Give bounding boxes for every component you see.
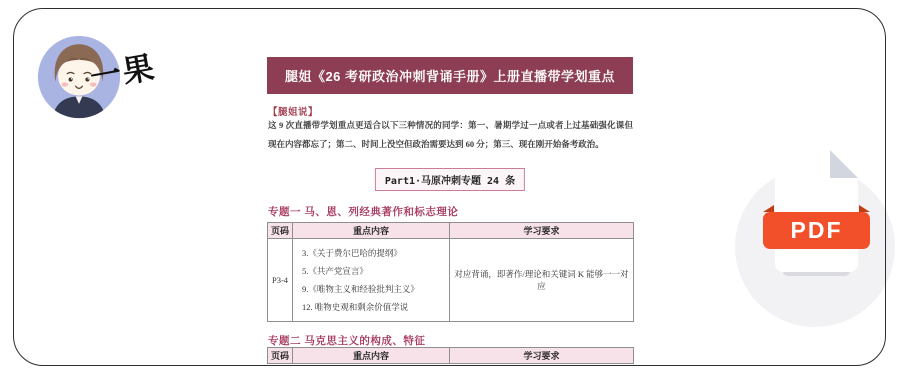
col-header-content: 重点内容 [293,348,450,364]
intro-paragraph: 这 9 次直播带学划重点更适合以下三种情况的同学：第一、暑期学过一点或者上过基础… [268,116,633,153]
section-heading-2: 专题二 马克思主义的构成、特征 [268,333,425,348]
topic-table-1: 页码 重点内容 学习要求 P3-4 3.《关于费尔巴哈的提纲》 5.《共产党宣言… [267,222,634,322]
col-header-content: 重点内容 [293,223,450,239]
col-header-page: 页码 [268,223,293,239]
content-line: 3.《关于费尔巴哈的提纲》 [302,244,445,262]
content-cell: 3.《关于费尔巴哈的提纲》 5.《共产党宣言》 9.《唯物主义和经验批判主义》 … [293,239,450,322]
requirement-cell: 对应背诵，即著作/理论和关键词 K 能够一一对应 [450,239,634,322]
content-line: 9.《唯物主义和经验批判主义》 [302,280,445,298]
table-row: P3-4 3.《关于费尔巴哈的提纲》 5.《共产党宣言》 9.《唯物主义和经验批… [268,239,634,322]
table-header-row: 页码 重点内容 学习要求 [268,348,634,364]
topic-table-2: 页码 重点内容 学习要求 [267,347,634,364]
pdf-label: PDF [791,217,843,244]
content-line: 12. 唯物史观和剩余价值学说 [302,298,445,316]
table-header-row: 页码 重点内容 学习要求 [268,223,634,239]
section-heading-1: 专题一 马、恩、列经典著作和标志理论 [268,204,458,219]
col-header-requirement: 学习要求 [450,348,634,364]
page-fold-corner-icon [830,150,858,178]
content-line: 5.《共产党宣言》 [302,262,445,280]
document-title-banner: 腿姐《26 考研政治冲刺背诵手册》上册直播带学划重点 [267,57,633,94]
ribbon-fold-left [763,205,774,212]
col-header-page: 页码 [268,348,293,364]
ribbon-fold-right [859,205,870,212]
document-preview: 腿姐《26 考研政治冲刺背诵手册》上册直播带学划重点 【腿姐说】 这 9 次直播… [267,9,633,365]
card-content: 一果 腿姐《26 考研政治冲刺背诵手册》上册直播带学划重点 【腿姐说】 这 9 … [14,9,885,365]
page-cell: P3-4 [268,239,293,322]
part-label-box: Part1·马原冲刺专题 24 条 [375,168,525,191]
preview-card: 一果 腿姐《26 考研政治冲刺背诵手册》上册直播带学划重点 【腿姐说】 这 9 … [0,0,900,383]
pdf-ribbon: PDF [763,212,870,249]
col-header-requirement: 学习要求 [450,223,634,239]
pdf-file-icon[interactable]: PDF [763,150,870,285]
